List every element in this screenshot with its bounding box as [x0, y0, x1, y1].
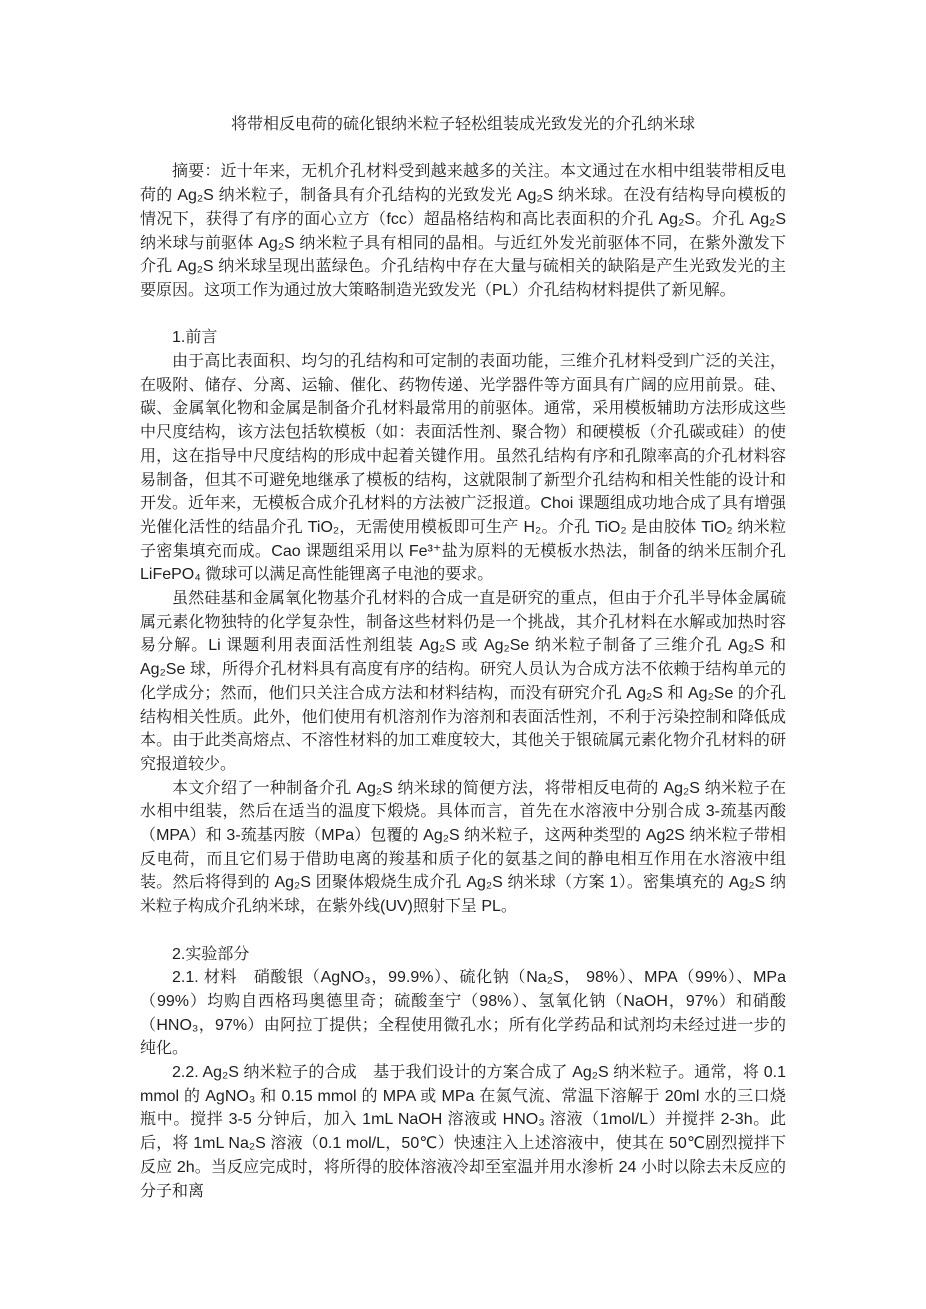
experimental-synthesis-paragraph: 2.2. Ag₂S 纳米粒子的合成 基于我们设计的方案合成了 Ag₂S 纳米粒子…	[140, 1061, 786, 1203]
section-experimental-heading: 2.实验部分	[140, 943, 786, 967]
experimental-materials-paragraph: 2.1. 材料 硝酸银（AgNO₃，99.9%）、硫化钠（Na₂S， 98%）、…	[140, 966, 786, 1061]
paper-title: 将带相反电荷的硫化银纳米粒子轻松组装成光致发光的介孔纳米球	[140, 113, 786, 137]
intro-paragraph-2: 虽然硅基和金属氧化物基介孔材料的合成一直是研究的重点，但由于介孔半导体金属硫属元…	[140, 587, 786, 777]
intro-paragraph-3: 本文介绍了一种制备介孔 Ag₂S 纳米球的简便方法，将带相反电荷的 Ag₂S 纳…	[140, 777, 786, 919]
document-page: 将带相反电荷的硫化银纳米粒子轻松组装成光致发光的介孔纳米球 摘要：近十年来，无机…	[0, 0, 926, 1309]
abstract-paragraph: 摘要：近十年来，无机介孔材料受到越来越多的关注。本文通过在水相中组装带相反电荷的…	[140, 160, 786, 302]
intro-paragraph-1: 由于高比表面积、均匀的孔结构和可定制的表面功能，三维介孔材料受到广泛的关注，在吸…	[140, 350, 786, 587]
section-intro-heading: 1.前言	[140, 326, 786, 350]
